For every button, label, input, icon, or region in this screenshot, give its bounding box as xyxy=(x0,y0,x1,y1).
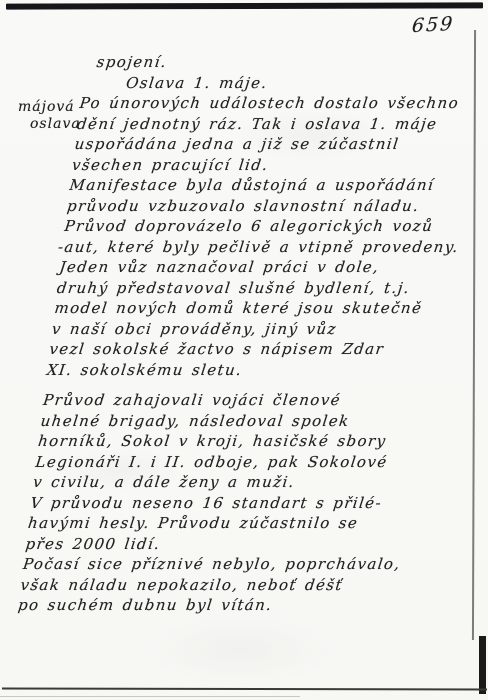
handwritten-line: však náladu nepokazilo, neboť déšť xyxy=(19,575,418,596)
page-number: 659 xyxy=(411,13,455,37)
handwritten-line: Průvod zahajovali vojáci členové xyxy=(42,390,441,411)
handwritten-line: Průvod doprovázelo 6 alegorických vozů xyxy=(63,216,462,237)
handwritten-line: dění jednotný ráz. Tak i oslava 1. máje xyxy=(76,114,475,135)
handwritten-line: po suchém dubnu byl vítán. xyxy=(17,595,416,616)
handwritten-line: v naší obci prováděny, jiný vůz xyxy=(51,319,450,340)
handwritten-line: horníků, Sokol v kroji, hasičské sbory xyxy=(37,431,436,452)
handwritten-line: průvodu vzbuzovalo slavnostní náladu. xyxy=(66,196,465,217)
handwritten-line: uspořádána jedna a již se zúčastnil xyxy=(73,134,472,155)
handwritten-line: -aut, které byly pečlivě a vtipně proved… xyxy=(57,237,460,258)
handwritten-line: Jeden vůz naznačoval práci v dole, xyxy=(58,257,457,278)
handwritten-line: XI. sokolskému sletu. xyxy=(46,360,445,381)
scan-top-edge-bar xyxy=(6,2,483,9)
margin-note-line2: oslava xyxy=(30,116,81,132)
handwritten-line: Manifestace byla důstojná a uspořádání xyxy=(68,175,467,196)
handwritten-line: druhý představoval slušné bydlení, t.j. xyxy=(56,278,455,299)
handwritten-line: V průvodu neseno 16 standart s přilé- xyxy=(29,493,428,514)
handwritten-line: Po únorových událostech dostalo všechno xyxy=(78,93,477,114)
margin-note: májová oslava xyxy=(18,99,81,132)
margin-note-line1: májová xyxy=(18,99,81,115)
handwritten-line: všechen pracující lid. xyxy=(71,155,470,176)
handwritten-line: uhelné brigady, následoval spolek xyxy=(39,411,438,432)
handwritten-line: spojení. xyxy=(83,52,482,73)
scan-bottom-faint-line xyxy=(0,696,300,697)
handwritten-line: havými hesly. Průvodu zúčastnilo se xyxy=(27,513,426,534)
handwritten-text-block: spojení. Oslava 1. máje. Po únorových ud… xyxy=(17,52,482,616)
handwritten-heading: Oslava 1. máje. xyxy=(81,73,480,94)
handwritten-line: Legionáři I. i II. odboje, pak Sokolové xyxy=(34,452,433,473)
handwritten-line: v civilu, a dále ženy a muži. xyxy=(32,472,431,493)
handwritten-line: model nových domů které jsou skutečně xyxy=(53,298,452,319)
handwritten-line: přes 2000 lidí. xyxy=(24,534,423,555)
handwritten-line: Počasí sice příznivé nebylo, poprchávalo… xyxy=(22,554,421,575)
handwritten-line: vezl sokolské žactvo s nápisem Zdar xyxy=(48,339,447,360)
scan-bottom-right-shadow xyxy=(479,636,486,694)
